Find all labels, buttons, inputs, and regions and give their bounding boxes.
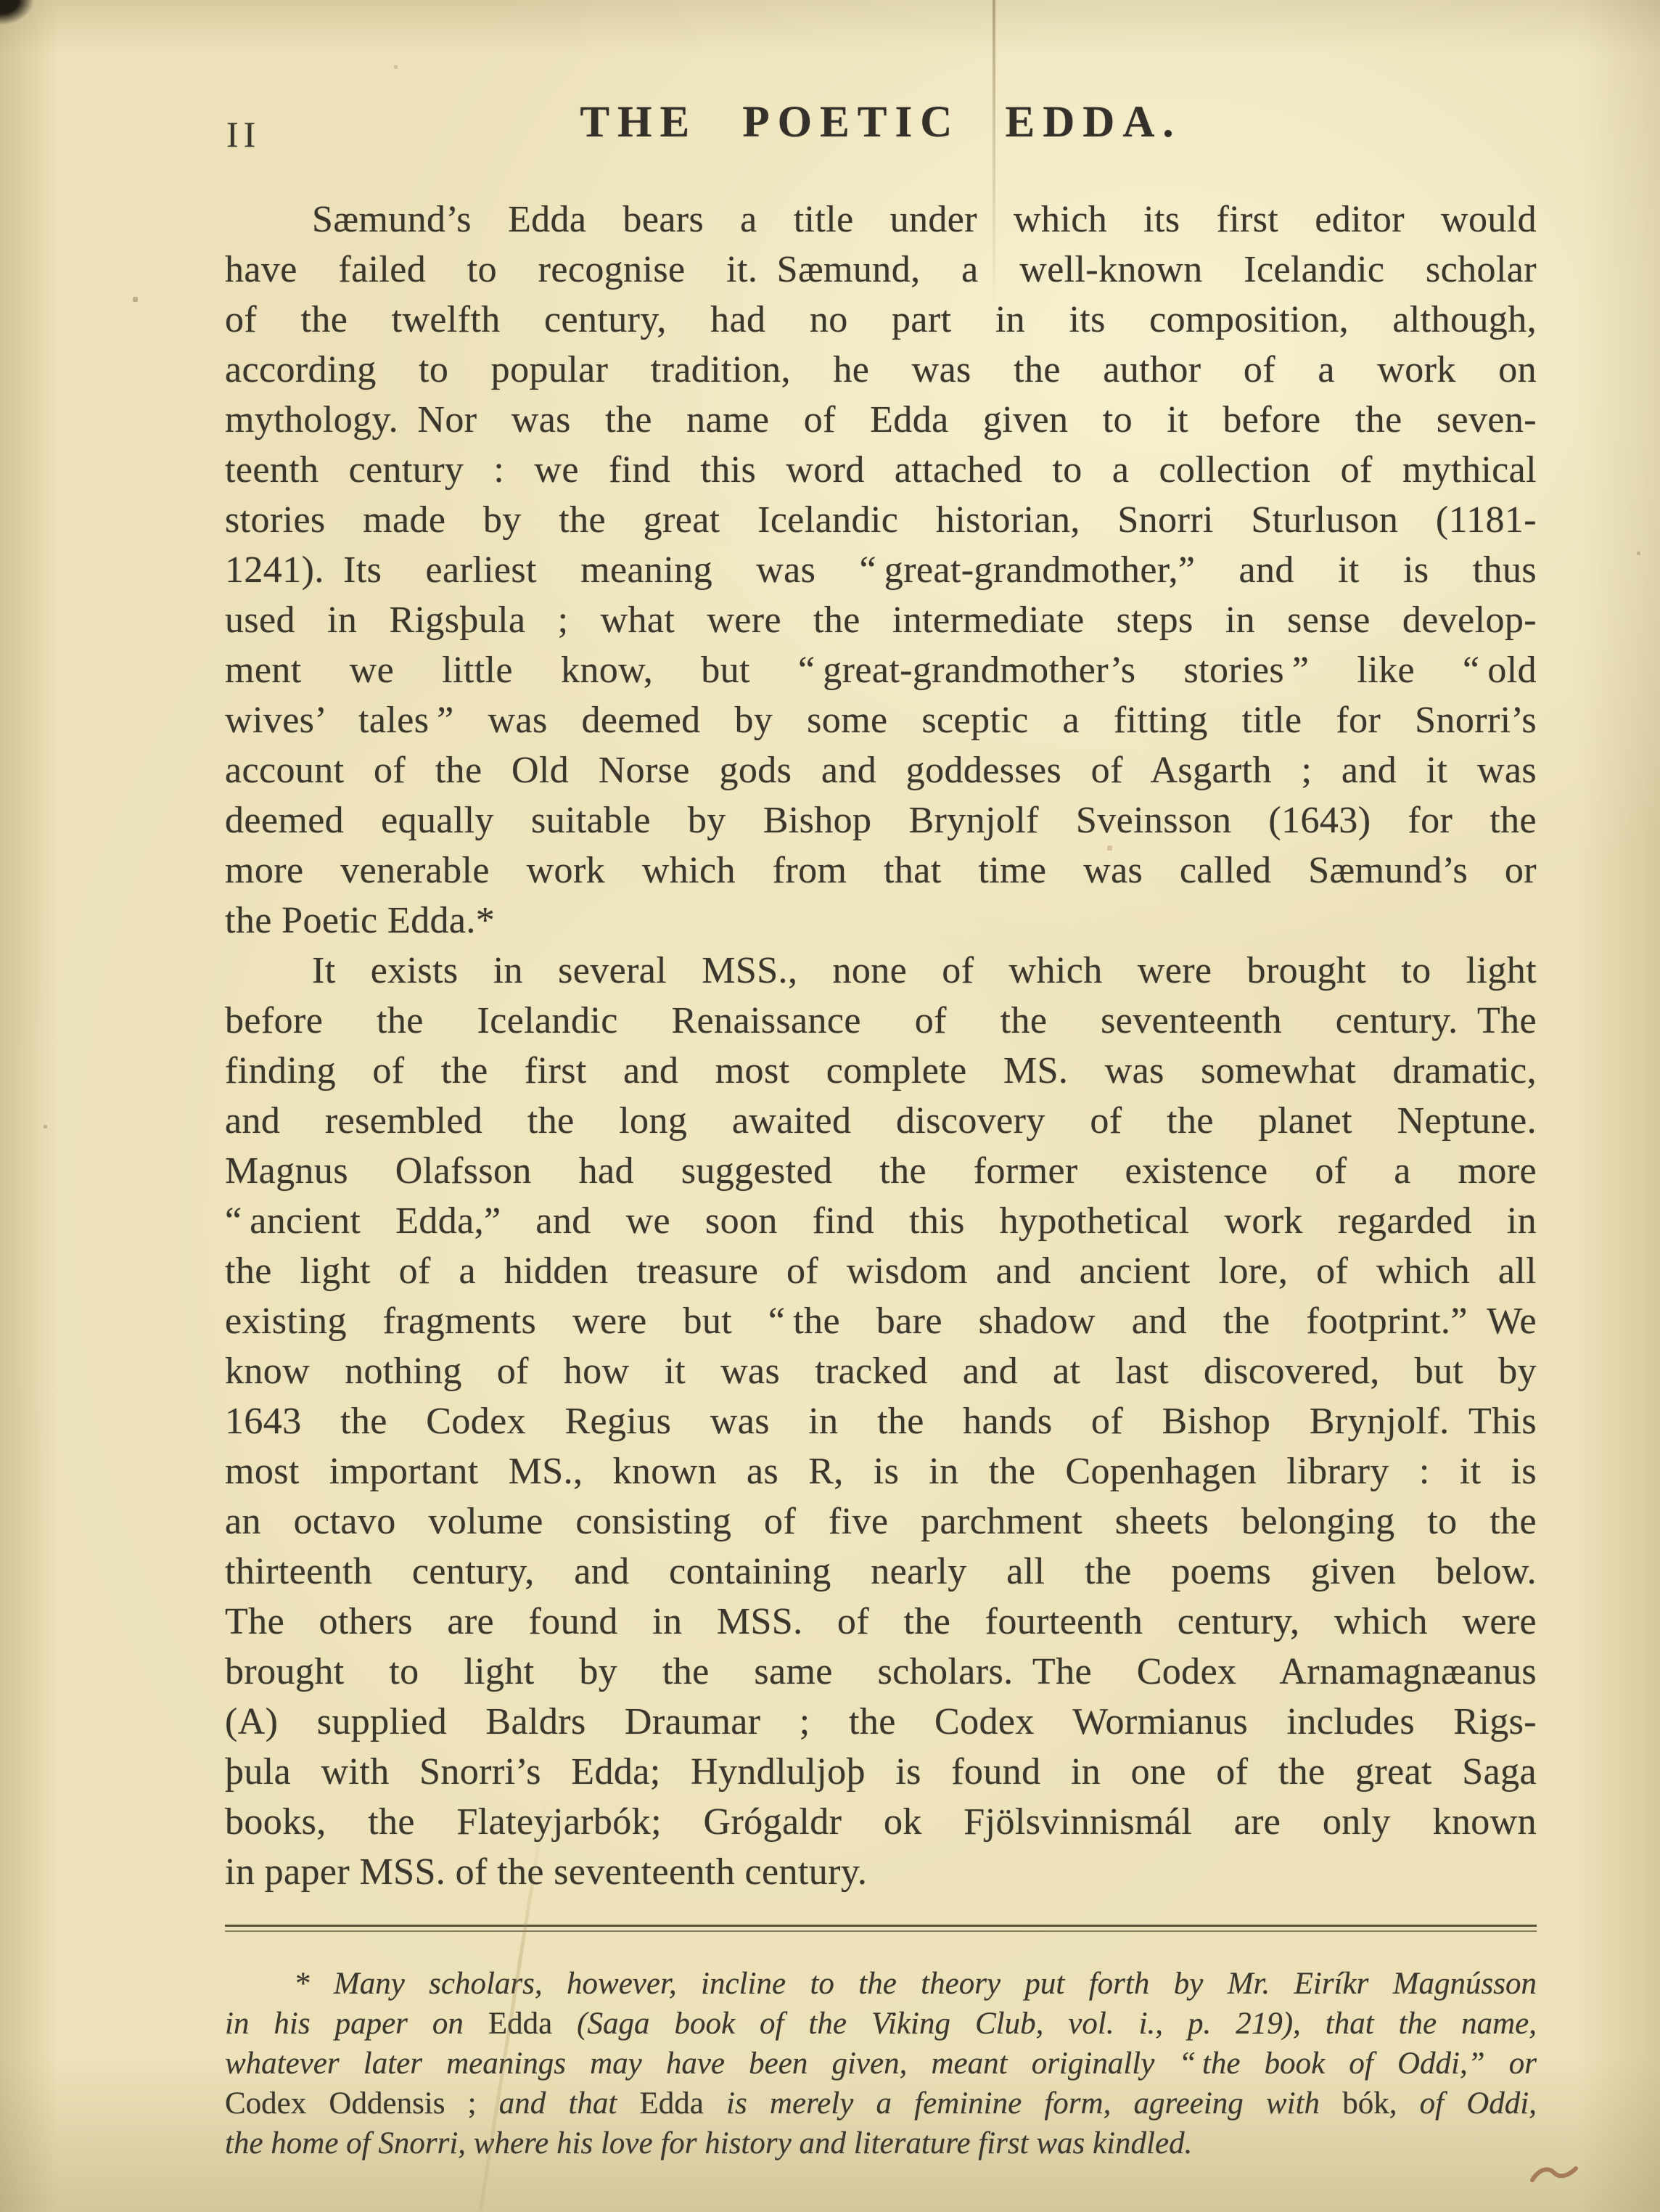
text-line: account of the Old Norse gods and goddes… — [225, 745, 1537, 795]
text-line: of the twelfth century, had no part in i… — [225, 295, 1537, 345]
text-line: thirteenth century, and containing nearl… — [225, 1547, 1537, 1597]
text-line: Magnus Olafsson had suggested the former… — [225, 1146, 1537, 1196]
text-line: It exists in several MSS., none of which… — [225, 946, 1537, 996]
text-line: and resembled the long awaited discovery… — [225, 1096, 1537, 1146]
text-line: most important MS., known as R, is in th… — [225, 1446, 1537, 1496]
footnote-italic-text: whatever later meanings may have been gi… — [225, 2047, 1537, 2081]
text-line: þula with Snorri’s Edda; Hyndluljoþ is f… — [225, 1747, 1537, 1797]
text-line: teenth century : we find this word attac… — [225, 445, 1537, 495]
paper-specks — [0, 0, 1, 1]
ink-mark — [1529, 2161, 1580, 2190]
paragraph: It exists in several MSS., none of which… — [225, 946, 1537, 1897]
text-line: Sæmund’s Edda bears a title under which … — [225, 194, 1537, 245]
text-line: deemed equally suitable by Bishop Brynjo… — [225, 795, 1537, 845]
footnote-separator — [225, 1925, 1537, 1932]
text-line: finding of the first and most complete M… — [225, 1046, 1537, 1096]
text-line: “ ancient Edda,” and we soon find this h… — [225, 1196, 1537, 1246]
body-text: Sæmund’s Edda bears a title under which … — [225, 194, 1537, 1897]
text-line: have failed to recognise it. Sæmund, a w… — [225, 245, 1537, 295]
text-line: in paper MSS. of the seventeenth century… — [225, 1847, 1537, 1897]
footnote-italic-text: , of Oddi, — [1389, 2086, 1537, 2121]
text-line: 1241). Its earliest meaning was “ great-… — [225, 545, 1537, 595]
paper-crease-top — [993, 0, 995, 312]
footnote-line: in his paper on Edda (Saga book of the V… — [225, 2004, 1537, 2044]
text-line: the light of a hidden treasure of wisdom… — [225, 1246, 1537, 1296]
footnote-italic-text: the home of Snorri, where his love for h… — [225, 2126, 1192, 2160]
text-line: an octavo volume consisting of five parc… — [225, 1496, 1537, 1547]
text-line: 1643 the Codex Regius was in the hands o… — [225, 1396, 1537, 1446]
footnote-roman-text: Edda — [488, 2007, 552, 2041]
text-line: brought to light by the same scholars. T… — [225, 1647, 1537, 1697]
text-line: existing fragments were but “ the bare s… — [225, 1296, 1537, 1346]
text-line: mythology. Nor was the name of Edda give… — [225, 395, 1537, 445]
footnote-italic-text: in his paper on — [225, 2007, 488, 2041]
text-line: wives’ tales ” was deemed by some scepti… — [225, 695, 1537, 745]
text-line: The others are found in MSS. of the four… — [225, 1597, 1537, 1647]
running-head: II THE POETIC EDDA. — [225, 0, 1537, 167]
text-line: books, the Flateyjarbók; Grógaldr ok Fjö… — [225, 1797, 1537, 1847]
footnote-line: Codex Oddensis ; and that Edda is merely… — [225, 2084, 1537, 2123]
book-page: II THE POETIC EDDA. Sæmund’s Edda bears … — [0, 0, 1660, 2212]
footnote-roman-text: Codex Oddensis ; — [225, 2086, 499, 2121]
paragraph: Sæmund’s Edda bears a title under which … — [225, 194, 1537, 946]
text-line: ment we little know, but “ great-grandmo… — [225, 645, 1537, 695]
text-line: according to popular tradition, he was t… — [225, 345, 1537, 395]
text-line: stories made by the great Icelandic hist… — [225, 495, 1537, 545]
footnote: * Many scholars, however, incline to the… — [225, 1964, 1537, 2163]
footnote-italic-text: * Many scholars, however, incline to the… — [294, 1967, 1537, 2001]
corner-stain — [0, 0, 33, 25]
text-line: the Poetic Edda.* — [225, 896, 1537, 946]
footnote-line: the home of Snorri, where his love for h… — [225, 2123, 1537, 2163]
footnote-line: whatever later meanings may have been gi… — [225, 2044, 1537, 2084]
footnote-roman-text: Edda — [640, 2086, 704, 2121]
text-line: before the Icelandic Renaissance of the … — [225, 996, 1537, 1046]
text-line: more venerable work which from that time… — [225, 845, 1537, 896]
footnote-italic-text: is merely a feminine form, agreeing with — [704, 2086, 1342, 2121]
footnote-roman-text: bók — [1342, 2086, 1389, 2121]
text-line: used in Rigsþula ; what were the interme… — [225, 595, 1537, 645]
running-title: THE POETIC EDDA. — [225, 100, 1537, 144]
text-line: (A) supplied Baldrs Draumar ; the Codex … — [225, 1697, 1537, 1747]
footnote-line: * Many scholars, however, incline to the… — [225, 1964, 1537, 2004]
text-line: know nothing of how it was tracked and a… — [225, 1346, 1537, 1396]
footnote-italic-text: (Saga book of the Viking Club, vol. i., … — [552, 2007, 1537, 2041]
footnote-italic-text: and that — [499, 2086, 640, 2121]
